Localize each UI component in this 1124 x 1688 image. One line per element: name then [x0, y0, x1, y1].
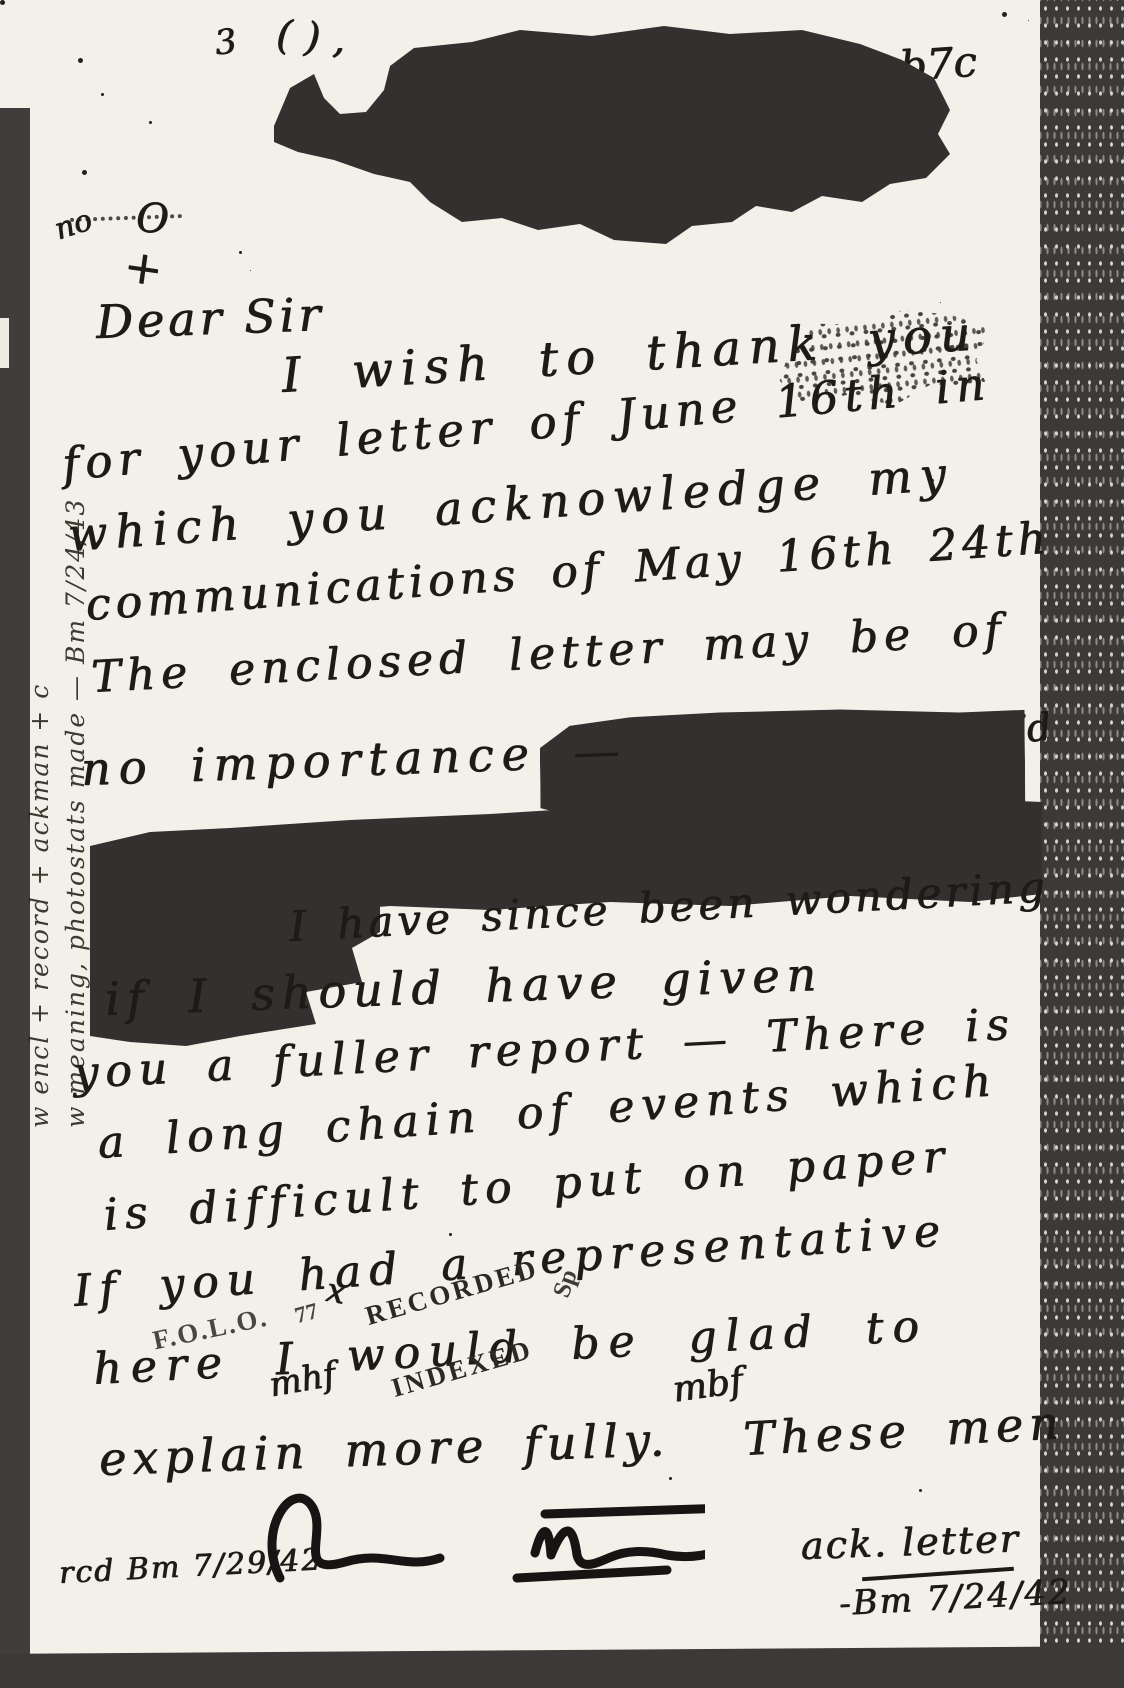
- salutation: Dear Sir: [95, 287, 325, 349]
- paper-top-left-corner: [0, 0, 30, 110]
- scan-border-left-notch: [0, 318, 9, 368]
- scanned-letter-document: 3 ( ) , no O + b7c b7d Dear Sir I wish t…: [0, 0, 1124, 1688]
- stray-mark-circle: O: [136, 196, 169, 242]
- margin-note-rotated: w encl + record + ackman + c w meaning, …: [22, 550, 94, 1128]
- scan-border-bottom: [0, 1646, 1124, 1688]
- ack-letter-annotation: ack. letter: [800, 1516, 1020, 1568]
- ink-specks: [0, 0, 5, 5]
- signature-scribble: [235, 1458, 705, 1608]
- stray-mark-cross: +: [120, 238, 166, 297]
- margin-note-line2: w meaning, photostats made — Bm 7/24/43: [58, 550, 94, 1128]
- stray-mark-parens: ( ) ,: [275, 12, 347, 63]
- margin-note-line1: w encl + record + ackman + c: [22, 550, 58, 1128]
